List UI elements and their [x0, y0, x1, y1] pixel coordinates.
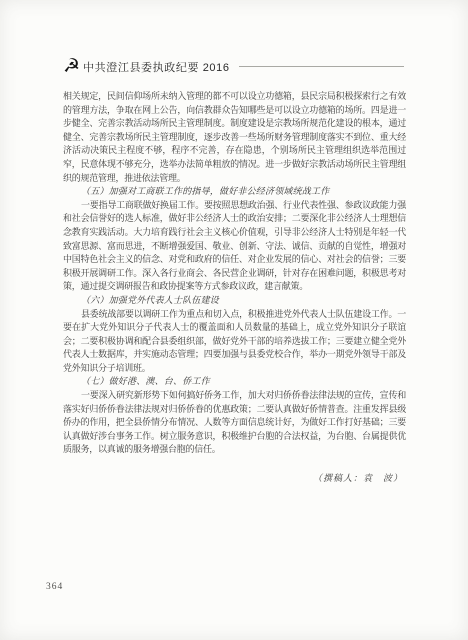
document-page: ☭ 中共澄江县委执政纪要 2016 相关规定，民间信仰场所未纳入管理的都不可以设…: [0, 0, 468, 640]
header-rule: [239, 66, 404, 67]
body-paragraph: 一要指导工商联做好换届工作。要按照思想政治强、行业代表性强、参政议政能力强和社会…: [63, 199, 406, 294]
page-body: 相关规定，民间信仰场所未纳入管理的都不可以设立功德箱，县民宗局积极探索行之有效的…: [63, 90, 406, 495]
body-paragraph: 相关规定，民间信仰场所未纳入管理的都不可以设立功德箱，县民宗局积极探索行之有效的…: [63, 90, 406, 185]
section-heading-5: （五）加强对工商联工作的指导，做好非公经济领域统战工作: [63, 185, 406, 199]
page-number: 364: [46, 582, 63, 592]
page-header: ☭ 中共澄江县委执政纪要 2016: [63, 57, 406, 76]
body-paragraph: 一要深入研究新形势下如何搞好侨务工作，加大对归侨侨眷法律法规的宣传，宣传和落实好…: [63, 389, 406, 457]
party-emblem-icon: ☭: [63, 57, 80, 76]
book-title: 中共澄江县委执政纪要 2016: [83, 59, 230, 75]
body-paragraph: 县委统战部要以调研工作为重点和切入点，积极推进党外代表人士队伍建设工作。一要在扩…: [63, 308, 406, 376]
section-heading-7: （七）做好港、澳、台、侨工作: [63, 375, 406, 389]
author-byline: （撰稿人：袁 波）: [63, 472, 406, 486]
section-heading-6: （六）加强党外代表人士队伍建设: [63, 294, 406, 308]
